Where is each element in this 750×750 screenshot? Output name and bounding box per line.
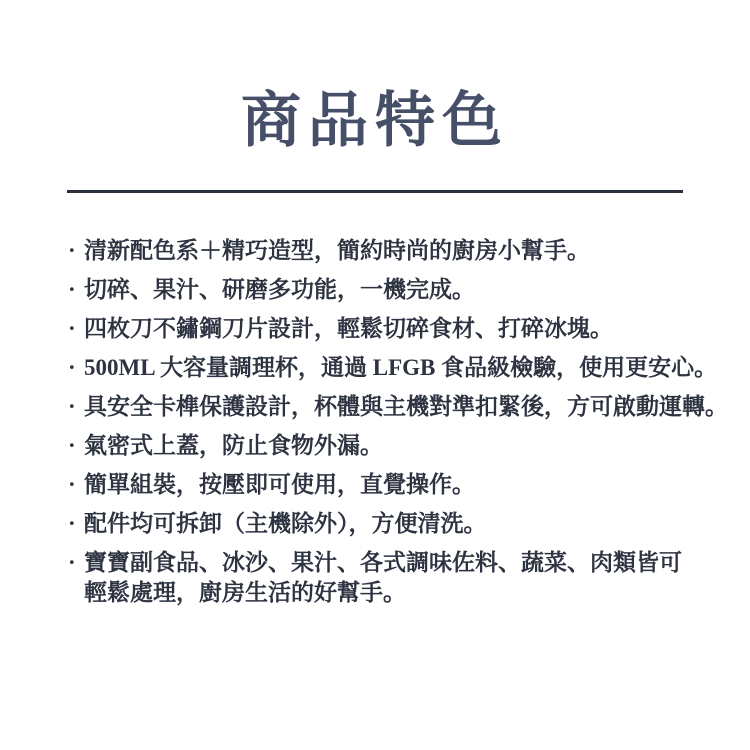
bullet-dot-icon: · — [68, 392, 84, 422]
feature-item: · 500ML 大容量調理杯，通過 LFGB 食品級檢驗，使用更安心。 — [68, 353, 732, 383]
feature-item: · 簡單組裝，按壓即可使用，直覺操作。 — [68, 470, 732, 500]
feature-text: 切碎、果汁、研磨多功能，一機完成。 — [84, 275, 475, 305]
bullet-dot-icon: · — [68, 470, 84, 500]
bullet-dot-icon: · — [68, 353, 84, 383]
feature-item: · 切碎、果汁、研磨多功能，一機完成。 — [68, 275, 732, 305]
feature-text: 寶寶副食品、冰沙、果汁、各式調味佐料、蔬菜、肉類皆可 輕鬆處理，廚房生活的好幫手… — [84, 548, 682, 608]
feature-item: · 配件均可拆卸（主機除外），方便清洗。 — [68, 509, 732, 539]
feature-item: · 氣密式上蓋，防止食物外漏。 — [68, 431, 732, 461]
feature-text: 氣密式上蓋，防止食物外漏。 — [84, 431, 383, 461]
feature-text: 四枚刀不鏽鋼刀片設計，輕鬆切碎食材、打碎冰塊。 — [84, 314, 613, 344]
feature-text: 具安全卡榫保護設計，杯體與主機對準扣緊後，方可啟動運轉。 — [84, 392, 728, 422]
feature-item: · 具安全卡榫保護設計，杯體與主機對準扣緊後，方可啟動運轉。 — [68, 392, 732, 422]
product-features-page: 商品特色 · 清新配色系＋精巧造型，簡約時尚的廚房小幫手。 · 切碎、果汁、研磨… — [0, 0, 750, 750]
feature-item: · 四枚刀不鏽鋼刀片設計，輕鬆切碎食材、打碎冰塊。 — [68, 314, 732, 344]
feature-list: · 清新配色系＋精巧造型，簡約時尚的廚房小幫手。 · 切碎、果汁、研磨多功能，一… — [68, 236, 732, 617]
divider-line — [67, 190, 683, 193]
bullet-dot-icon: · — [68, 431, 84, 461]
feature-text: 500ML 大容量調理杯，通過 LFGB 食品級檢驗，使用更安心。 — [84, 353, 717, 383]
bullet-dot-icon: · — [68, 509, 84, 539]
bullet-dot-icon: · — [68, 548, 84, 578]
feature-text: 簡單組裝，按壓即可使用，直覺操作。 — [84, 470, 475, 500]
feature-text: 清新配色系＋精巧造型，簡約時尚的廚房小幫手。 — [84, 236, 590, 266]
bullet-dot-icon: · — [68, 236, 84, 266]
feature-item: · 寶寶副食品、冰沙、果汁、各式調味佐料、蔬菜、肉類皆可 輕鬆處理，廚房生活的好… — [68, 548, 732, 608]
page-title: 商品特色 — [0, 88, 750, 154]
bullet-dot-icon: · — [68, 275, 84, 305]
bullet-dot-icon: · — [68, 314, 84, 344]
feature-text: 配件均可拆卸（主機除外），方便清洗。 — [84, 509, 487, 539]
feature-item: · 清新配色系＋精巧造型，簡約時尚的廚房小幫手。 — [68, 236, 732, 266]
